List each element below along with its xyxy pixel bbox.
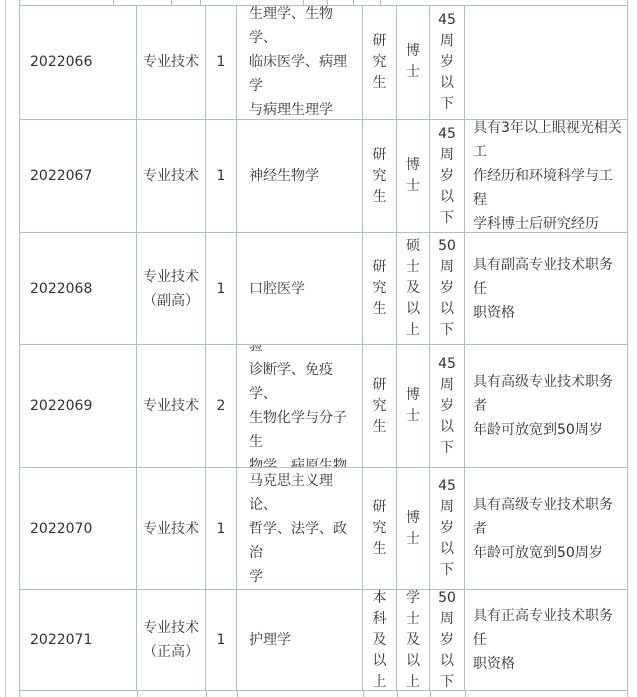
education-text: 研究生 — [370, 31, 390, 94]
cell-education: 研究生 — [363, 345, 397, 468]
cell-remark: 具有正高专业技术职务任 职资格 — [465, 590, 627, 691]
education-text: 研究生 — [370, 257, 390, 320]
degree-text: 学士及以上 — [403, 590, 423, 691]
degree-text: 博士 — [403, 155, 423, 197]
cell-degree: 学士及以上 — [397, 590, 430, 691]
education-text: 本科及以上 — [370, 590, 390, 691]
cell-headcount: 1 — [206, 5, 237, 120]
degree-text: 硕士及以上 — [403, 236, 423, 341]
table-row: 2022066 专业技术 1 生理学、生物学、 临床医学、病理学 与病理生理学 … — [19, 5, 627, 120]
cell-headcount: 1 — [206, 233, 237, 345]
cell-age-limit: 45周岁以下 — [430, 345, 465, 468]
cell-position-code: 2022068 — [19, 233, 137, 345]
age-text: 45周岁以下 — [437, 10, 457, 115]
cell-degree: 博士 — [397, 468, 430, 590]
cell-headcount: 1 — [206, 120, 237, 233]
cell-major: 口腔医学 — [237, 233, 363, 345]
recruitment-table-page: 2022066 专业技术 1 生理学、生物学、 临床医学、病理学 与病理生理学 … — [0, 0, 637, 697]
cell-education: 研究生 — [363, 468, 397, 590]
table-row: 2022067 专业技术 1 神经生物学 研究生 博士 45周岁以下 具有3年以… — [19, 120, 627, 233]
cell-age-limit: 45周岁以下 — [430, 120, 465, 233]
age-text: 45周岁以下 — [437, 354, 457, 459]
table-row: 2022069 专业技术 2 外科学、临床检验 诊断学、免疫学、 生物化学与分子… — [19, 345, 627, 468]
cell-major: 神经生物学 — [237, 120, 363, 233]
education-text: 研究生 — [370, 145, 390, 208]
age-text: 45周岁以下 — [437, 476, 457, 581]
cell-position-type: 专业技术 — [137, 120, 206, 233]
education-text: 研究生 — [370, 497, 390, 560]
cell-position-type: 专业技术 — [137, 468, 206, 590]
cell-degree: 博士 — [397, 345, 430, 468]
cell-position-type: 专业技术 — [137, 345, 206, 468]
cell-remark: 具有3年以上眼视光相关工 作经历和环境科学与工程 学科博士后研究经历 — [465, 120, 627, 233]
age-text: 50周岁以下 — [437, 236, 457, 341]
table-row: 2022070 专业技术 1 马克思主义理论、 哲学、法学、政治 学 研究生 博… — [19, 468, 627, 590]
table-row: 2022068 专业技术 （副高） 1 口腔医学 研究生 硕士及以上 50周岁以… — [19, 233, 627, 345]
cell-age-limit: 45周岁以下 — [430, 468, 465, 590]
degree-text: 博士 — [403, 385, 423, 427]
cell-major: 生理学、生物学、 临床医学、病理学 与病理生理学 — [237, 5, 363, 120]
cell-position-code: 2022066 — [19, 5, 137, 120]
cell-education: 研究生 — [363, 120, 397, 233]
cell-major: 护理学 — [237, 590, 363, 691]
cell-position-code: 2022069 — [19, 345, 137, 468]
age-text: 50周岁以下 — [437, 590, 457, 691]
cell-position-code: 2022071 — [19, 590, 137, 691]
degree-text: 博士 — [403, 41, 423, 83]
page-left-divider — [5, 0, 6, 697]
cell-age-limit: 50周岁以下 — [430, 590, 465, 691]
cell-major: 外科学、临床检验 诊断学、免疫学、 生物化学与分子生 物学、病原生物 学、细胞生… — [237, 345, 363, 468]
education-text: 研究生 — [370, 375, 390, 438]
cell-remark: 具有副高专业技术职务任 职资格 — [465, 233, 627, 345]
cell-headcount: 1 — [206, 590, 237, 691]
degree-text: 博士 — [403, 508, 423, 550]
cell-education: 本科及以上 — [363, 590, 397, 691]
cell-position-type: 专业技术 （副高） — [137, 233, 206, 345]
cell-degree: 硕士及以上 — [397, 233, 430, 345]
cell-position-type: 专业技术 — [137, 5, 206, 120]
cell-education: 研究生 — [363, 233, 397, 345]
cell-remark: 具有高级专业技术职务者 年龄可放宽到50周岁 — [465, 468, 627, 590]
cell-major: 马克思主义理论、 哲学、法学、政治 学 — [237, 468, 363, 590]
age-text: 45周岁以下 — [437, 124, 457, 229]
position-table: 2022066 专业技术 1 生理学、生物学、 临床医学、病理学 与病理生理学 … — [19, 5, 628, 692]
cell-degree: 博士 — [397, 5, 430, 120]
cell-age-limit: 45周岁以下 — [430, 5, 465, 120]
cell-age-limit: 50周岁以下 — [430, 233, 465, 345]
cell-headcount: 2 — [206, 345, 237, 468]
cell-degree: 博士 — [397, 120, 430, 233]
cell-headcount: 1 — [206, 468, 237, 590]
cell-position-code: 2022070 — [19, 468, 137, 590]
cell-position-code: 2022067 — [19, 120, 137, 233]
table-row: 2022071 专业技术 （正高） 1 护理学 本科及以上 学士及以上 50周岁… — [19, 590, 627, 691]
cell-remark — [465, 5, 627, 120]
cell-remark: 具有高级专业技术职务者 年龄可放宽到50周岁 — [465, 345, 627, 468]
cell-position-type: 专业技术 （正高） — [137, 590, 206, 691]
cell-education: 研究生 — [363, 5, 397, 120]
